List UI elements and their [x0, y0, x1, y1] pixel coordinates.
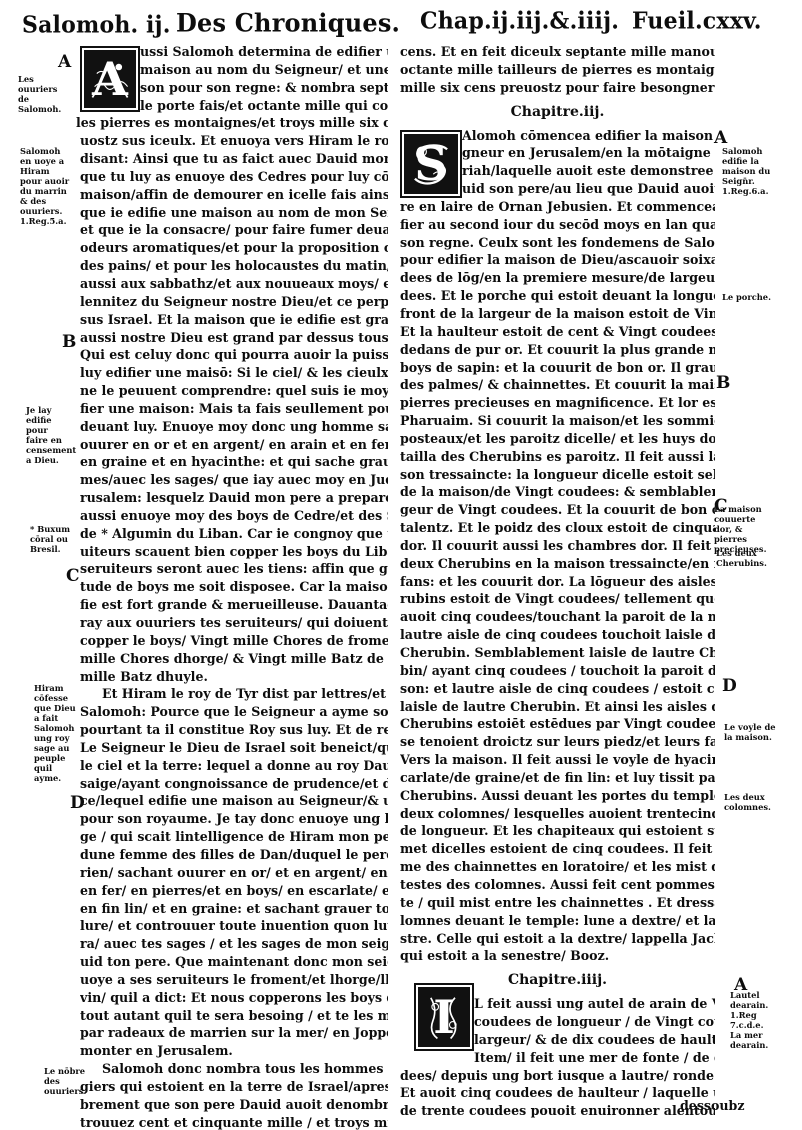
text-line: fier au second iour du secōd moys en lan… [400, 216, 715, 234]
text-line: en fin lin/ et en graine: et sachant gra… [80, 900, 388, 918]
text-line: odeurs aromatiques/et pour la propositio… [80, 239, 388, 257]
text-line: ce/lequel edifie une maison au Seigneur/… [80, 792, 388, 810]
margin-note: La mer dearain. [730, 1030, 784, 1050]
text-line: ne le peuuent comprendre: quel suis ie m… [80, 382, 388, 400]
right-text-column: cens. Et en feit diceulx septante mille … [400, 43, 715, 1120]
text-line: le ciel et la terre: lequel a donne au r… [80, 757, 388, 775]
text-line: sus Israel. Et la maison que ie edifie e… [80, 311, 388, 329]
text-line: Salomoh donc nombra tous les hommes estr… [80, 1060, 388, 1078]
text-line: pourtant ta il constitue Roy sus luy. Et… [80, 721, 388, 739]
text-line: rubins estoit de Vingt coudees/ tellemen… [400, 590, 715, 608]
running-head-left: Salomoh. [22, 11, 138, 38]
text-line: laisle de lautre Cherubin. Et ainsi les … [400, 698, 715, 716]
text-line: des palmes/ & chainnettes. Et couurit la… [400, 376, 715, 394]
text-line: giers qui estoient en la terre de Israel… [80, 1078, 388, 1096]
text-line: aussi enuoye moy des boys de Cedre/et de… [80, 507, 388, 525]
text-line: luy edifier une maisō: Si le ciel/ & les… [80, 364, 388, 382]
text-line: trouuez cent et cinquante mille / et tro… [80, 1114, 388, 1130]
text-line: uoye a ses seruiteurs le froment/et lhor… [80, 971, 388, 989]
text-line: rien/ sachant ouurer en or/ et en argent… [80, 864, 388, 882]
text-line: maison/affin de demourer en icelle fais … [80, 186, 388, 204]
text-line: seruiteurs seront auec les tiens: affin … [80, 560, 388, 578]
text-line: posteaux/et les paroitz dicelle/ et les … [400, 430, 715, 448]
text-line: dedans de pur or. Et couurit la plus gra… [400, 341, 715, 359]
text-line: dune femme des filles de Dan/duquel le p… [80, 846, 388, 864]
text-line: mille Batz dhuyle. [80, 668, 388, 686]
text-line: octante mille tailleurs de pierres es mo… [400, 61, 715, 79]
margin-note: Salomoh edifie la maison du Seign̄r. 1.R… [722, 146, 778, 196]
text-line: mille six cens preuostz pour faire beson… [400, 79, 715, 97]
text-line: tude de boys me soit disposee. Car la ma… [80, 578, 388, 596]
margin-note: Je lay edifie pour faire en censement a … [26, 405, 72, 465]
book-number: ij. [146, 11, 171, 38]
text-line: copper le boys/ Vingt mille Chores de fr… [80, 632, 388, 650]
text-line: uostz sus iceulx. Et enuoya vers Hiram l… [80, 132, 388, 150]
text-line: cens. Et en feit diceulx septante mille … [400, 43, 715, 61]
folio-number: Fueil.cxxv. [632, 7, 762, 34]
text-line: geur de Vingt coudees. Et la couurit de … [400, 501, 715, 519]
margin-note: Le nōbre des ouuriers. [44, 1066, 96, 1096]
text-line: pour edifier la maison de Dieu/ascauoir … [400, 251, 715, 269]
text-line: les pierres es montaignes/et troys mille… [76, 114, 388, 132]
text-line: ray aux ouuriers tes seruiteurs/ qui doi… [80, 614, 388, 632]
text-line: tailla des Cherubins es paroitz. Il feit… [400, 448, 715, 466]
text-line: mes/auec les sages/ que iay auec moy en … [80, 471, 388, 489]
text-line: fie est fort grande & merueilleuse. Daua… [80, 596, 388, 614]
text-line: lomnes deuant le temple: lune a dextre/ … [400, 912, 715, 930]
text-line: en graine et en hyacinthe: et qui sache … [80, 453, 388, 471]
text-line: disant: Ainsi que tu as faict auec Dauid… [80, 150, 388, 168]
dropcap-letter: S [414, 141, 447, 187]
text-line: vin/ quil a dict: Et nous copperons les … [80, 989, 388, 1007]
text-line: lure/ et controuuer toute inuention quon… [80, 917, 388, 935]
text-line: lennitez du Seigneur nostre Dieu/et ce p… [80, 293, 388, 311]
text-line: de * Algumin du Liban. Car ie congnoy qu… [80, 525, 388, 543]
catchword: dessoubz [680, 1098, 745, 1113]
text-line: de longueur. Et les chapiteaux qui estoi… [400, 822, 715, 840]
margin-note: Hiram cōfesse que Dieu a fait Salomoh un… [34, 683, 82, 783]
text-line: Et la haulteur estoit de cent & Vingt co… [400, 323, 715, 341]
margin-letter-a: A [58, 52, 71, 72]
text-line: ra/ auec tes sages / et les sages de mon… [80, 935, 388, 953]
margin-note: Les deux Cherubins. [716, 548, 772, 568]
running-head: Salomoh. ij. Des Chroniques. Chap.ij.iij… [0, 6, 802, 42]
text-line: re en laire de Ornan Jebusien. Et commen… [400, 198, 715, 216]
text-line: aussi nostre Dieu est grand par dessus t… [80, 329, 388, 347]
text-line: pour son royaume. Je tay donc enuoye ung… [80, 810, 388, 828]
book-title: Des Chroniques. [176, 7, 400, 37]
text-line: dees de lōg/en la premiere mesure/de lar… [400, 269, 715, 287]
text-line: son regne. Ceulx sont les fondemens de S… [400, 234, 715, 252]
text-line: saige/ayant congnoissance de prudence/et… [80, 775, 388, 793]
text-line: lautre aisle de cinq coudees touchoit la… [400, 626, 715, 644]
text-line: me des chainnettes en loratoire/ et les … [400, 858, 715, 876]
margin-note: Le porche. [722, 292, 782, 302]
margin-note: Les deux colomnes. [724, 792, 778, 812]
text-line: aussi aux sabbathz/et aux nouueaux moys/… [80, 275, 388, 293]
text-line: Vers la maison. Il feit aussi le voyle d… [400, 751, 715, 769]
text-line: que ie edifie une maison au nom de mon S… [80, 204, 388, 222]
margin-note: Le voyle de la maison. [724, 722, 778, 742]
text-line: tout autant quil te sera besoing / et te… [80, 1007, 388, 1025]
text-line: Salomoh: Pource que le Seigneur a ayme s… [80, 703, 388, 721]
text-line: uiteurs scauent bien copper les boys du … [80, 543, 388, 561]
text-line: dees. Et le porche qui estoit deuant la … [400, 287, 715, 305]
text-line: met dicelles estoient de cinq coudees. I… [400, 840, 715, 858]
dropcap-s: S [400, 130, 462, 198]
margin-note: Les ouuriers de Salomoh. [18, 74, 66, 114]
text-line: rusalem: lesquelz Dauid mon pere a prepa… [80, 489, 388, 507]
text-line: son: et lautre aisle de cinq coudees / e… [400, 680, 715, 698]
text-line: Item/ il feit une mer de fonte / de dix … [400, 1049, 715, 1067]
text-line: front de la largeur de la maison estoit … [400, 305, 715, 323]
left-text-column: ussi Salomoh determina de edifier unemai… [80, 43, 388, 1130]
chapter-range: Chap.ij.iij.&.iiij. [420, 7, 619, 34]
text-line: te / quil mist entre les chainnettes . E… [400, 894, 715, 912]
text-line: boys de sapin: et la couurit de bon or. … [400, 359, 715, 377]
text-line: auoit cinq coudees/touchant la paroit de… [400, 608, 715, 626]
text-line: mille Chores dhorge/ & Vingt mille Batz … [80, 650, 388, 668]
margin-letter-d: D [70, 793, 85, 813]
text-line: Le Seigneur le Dieu de Israel soit benei… [80, 739, 388, 757]
text-line: fans: et les couurit dor. La lōgueur des… [400, 573, 715, 591]
text-line: des pains/ et pour les holocaustes du ma… [80, 257, 388, 275]
text-line: Cherubins. Aussi deuant les portes du te… [400, 787, 715, 805]
text-line: monter en Jerusalem. [80, 1042, 388, 1060]
text-line: ouurer en or et en argent/ en arain et e… [80, 436, 388, 454]
text-line: fier une maison: Mais ta fais seullement… [80, 400, 388, 418]
margin-note: Lautel dearain. 1.Reg 7.c.d.e. [730, 990, 786, 1030]
text-line: Et auoit cinq coudees de haulteur / laqu… [400, 1084, 715, 1102]
text-line: qui estoit a la senestre/ Booz. [400, 947, 715, 965]
margin-letter-b: B [62, 332, 76, 352]
margin-note: La maison couuerte dor, & pierres precie… [714, 504, 774, 554]
text-line: bin/ ayant cinq coudees / touchoit la pa… [400, 662, 715, 680]
text-line: testes des colomnes. Aussi feit cent pom… [400, 876, 715, 894]
dropcap-letter: A [92, 56, 128, 102]
margin-letter-d: D [722, 676, 737, 696]
text-line: deux colomnes/ lesquelles auoient trente… [400, 805, 715, 823]
text-line: Pharuaim. Si couurit la maison/et les so… [400, 412, 715, 430]
text-line: uid ton pere. Que maintenant donc mon se… [80, 953, 388, 971]
text-line: brement que son pere Dauid auoit denombr… [80, 1096, 388, 1114]
book-page: Salomoh. ij. Des Chroniques. Chap.ij.iij… [0, 0, 802, 1130]
text-line: se tenoient droictz sur leurs piedz/et l… [400, 733, 715, 751]
text-line: carlate/de graine/et de fin lin: et luy … [400, 769, 715, 787]
text-line: dor. Il couurit aussi les chambres dor. … [400, 537, 715, 555]
text-line: son tressaincte: la longueur dicelle est… [400, 466, 715, 484]
text-line: en fer/ en pierres/et en boys/ en escarl… [80, 882, 388, 900]
text-line: dees/ depuis ung bort iusque a lautre/ r… [400, 1067, 715, 1085]
text-line: Cherubin. Semblablement laisle de lautre… [400, 644, 715, 662]
margin-note: Salomoh en uoye a Hiram pour auoir du ma… [20, 146, 70, 226]
margin-letter-a: A [714, 128, 727, 148]
text-line: Et Hiram le roy de Tyr dist par lettres/… [80, 685, 388, 703]
text-line: de la maison/de Vingt coudees: & semblab… [400, 483, 715, 501]
text-line: Qui est celuy donc qui pourra auoir la p… [80, 346, 388, 364]
text-line: que tu luy as enuoye des Cedres pour luy… [80, 168, 388, 186]
text-line: et que ie la consacre/ pour faire fumer … [80, 221, 388, 239]
dropcap-letter: I [433, 994, 455, 1040]
margin-note: * Buxum cōral ou Bresil. [30, 524, 78, 554]
margin-letter-b: B [716, 373, 730, 393]
dropcap-i: I [414, 983, 474, 1051]
text-line: par radeaux de marrien sur la mer/ en Jo… [80, 1024, 388, 1042]
text-line: stre. Celle qui estoit a la dextre/ lapp… [400, 930, 715, 948]
text-line: deux Cherubins en la maison tressaincte/… [400, 555, 715, 573]
margin-letter-c: C [66, 566, 80, 586]
text-line: ge / qui scait lintelligence de Hiram mo… [80, 828, 388, 846]
text-line: deuant luy. Enuoye moy donc ung homme sa… [80, 418, 388, 436]
text-line: talentz. Et le poidz des cloux estoit de… [400, 519, 715, 537]
text-line: de trente coudees pouoit enuironner alen… [400, 1102, 715, 1120]
chapter-heading: Chapitre.iij. [400, 103, 715, 121]
text-line: pierres precieuses en magnificence. Et l… [400, 394, 715, 412]
text-line: Cherubins estoiēt estēdues par Vingt cou… [400, 715, 715, 733]
